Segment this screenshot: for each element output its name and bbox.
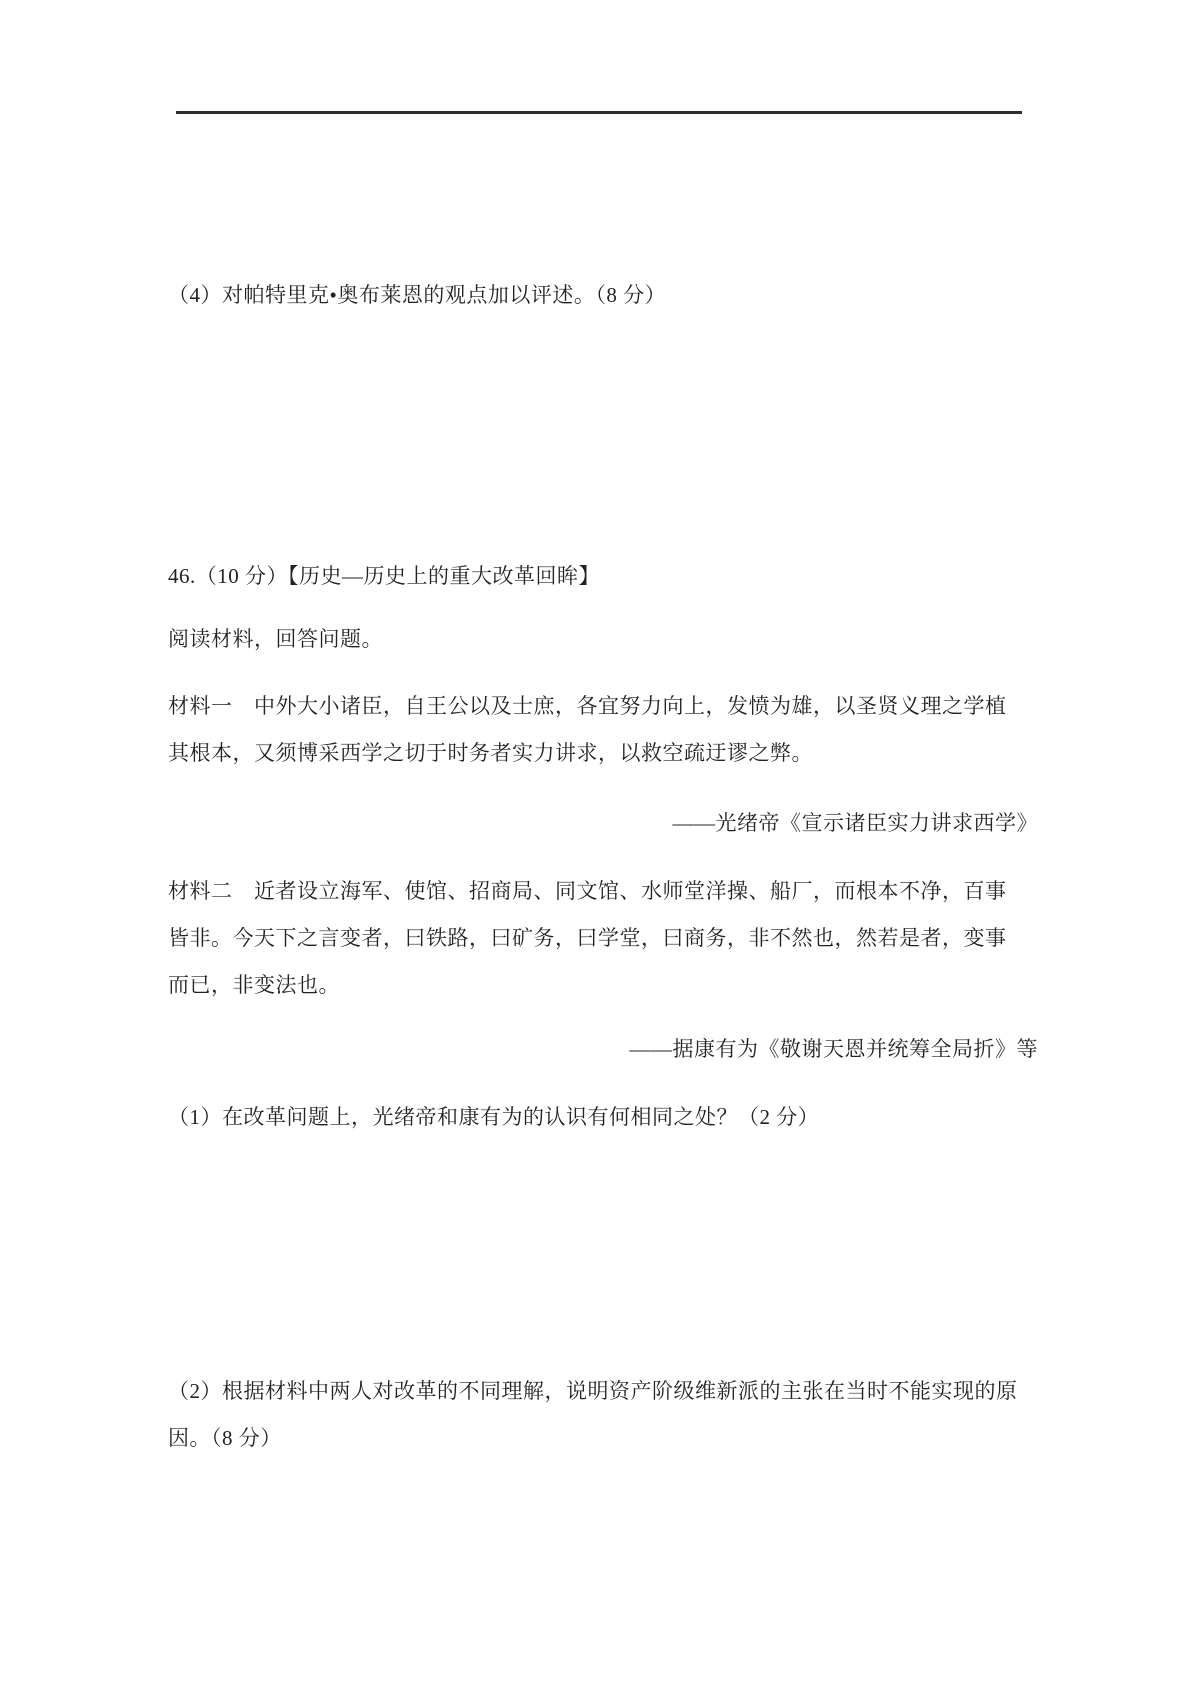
material-2-source: ——据康有为《敬谢天恩并统筹全局折》等 [168,1026,1038,1073]
instruction-text: 阅读材料，回答问题。 [168,616,1038,663]
material-1-source: ——光绪帝《宣示诸臣实力讲求西学》 [168,800,1038,847]
exam-page: （4）对帕特里克•奥布莱恩的观点加以评述。（8 分） 46.（10 分）【历史—… [0,0,1200,1698]
question-4-text: （4）对帕特里克•奥布莱恩的观点加以评述。（8 分） [168,272,1038,319]
question-46-heading: 46.（10 分）【历史—历史上的重大改革回眸】 [168,553,1038,600]
material-2-text: 材料二 近者设立海军、使馆、招商局、同文馆、水师堂洋操、船厂，而根本不净，百事 … [168,868,1038,1009]
sub-question-2-text: （2）根据材料中两人对改革的不同理解，说明资产阶级维新派的主张在当时不能实现的原… [168,1368,1038,1462]
sub-question-1-text: （1）在改革问题上，光绪帝和康有为的认识有何相同之处？（2 分） [168,1094,1038,1141]
top-divider-rule [176,111,1022,114]
page-content: （4）对帕特里克•奥布莱恩的观点加以评述。（8 分） 46.（10 分）【历史—… [0,111,1200,1462]
material-1-text: 材料一 中外大小诸臣，自王公以及士庶，各宜努力向上，发愤为雄，以圣贤义理之学植 … [168,683,1038,777]
